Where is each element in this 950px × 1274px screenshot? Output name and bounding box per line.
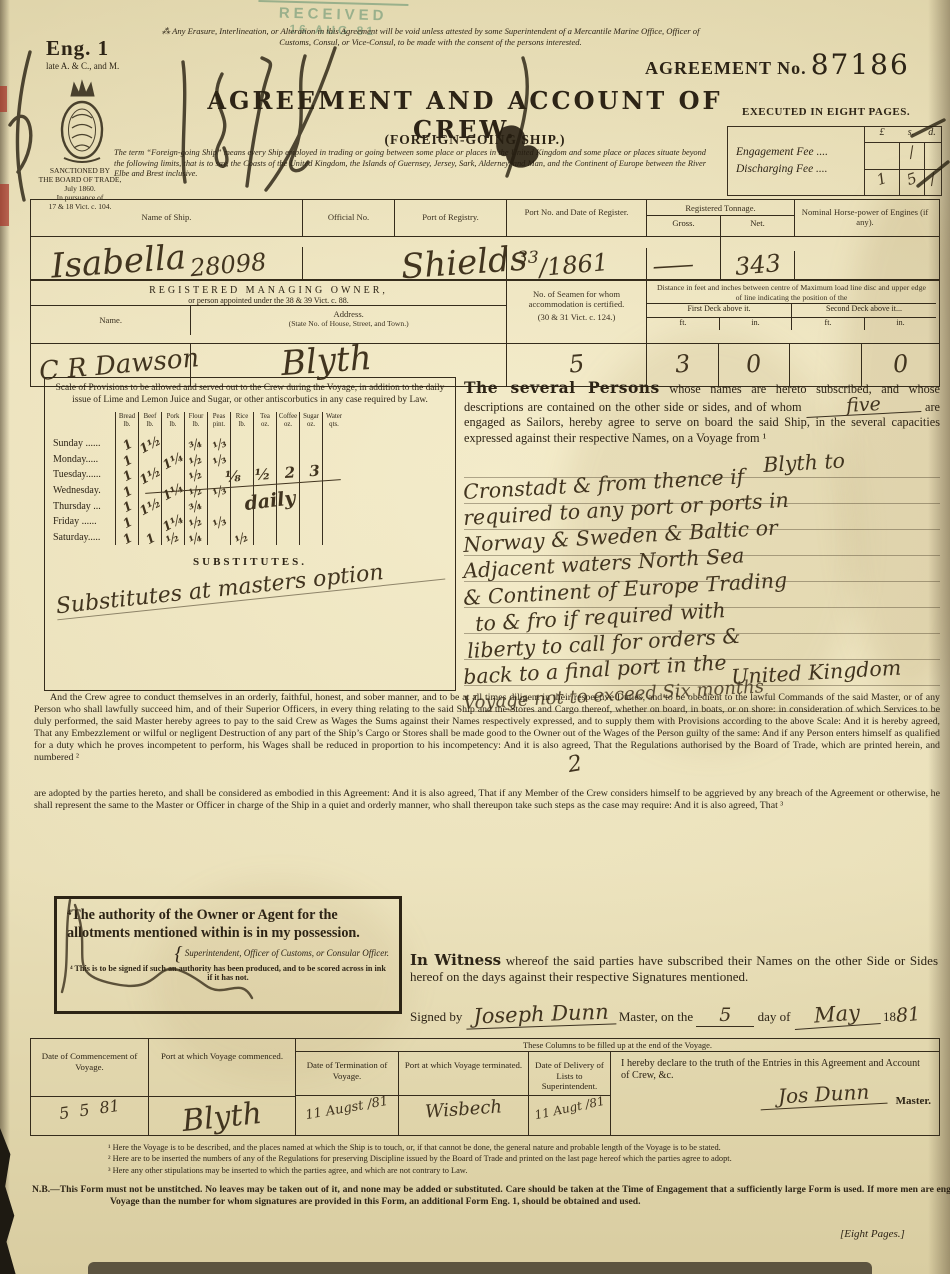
attestation-note: ⁂ Any Erasure, Interlineation, or Altera… — [148, 26, 713, 48]
discharging-fee-row: 1 5 / — [865, 169, 941, 196]
signed-day: 5 — [696, 1004, 754, 1027]
first-deck-header: First Deck above it. — [647, 304, 792, 317]
master-signature-final: Jos Dunn — [760, 1079, 888, 1111]
paper-edge-bottom — [88, 1262, 872, 1274]
authority-footnote: ⁴ This is to be signed if such an author… — [67, 964, 389, 983]
red-ink-mark — [0, 86, 7, 112]
col-rice: Ricelb. — [230, 412, 253, 436]
ship-values-row: Isabella 28098 Shields 33/1861 — 343 — [31, 237, 939, 281]
footnote-1: ¹ Here the Voyage is to be described, an… — [108, 1142, 940, 1153]
termination-value: 11 Augst /81 — [296, 1096, 398, 1117]
port-commenced-col: Port at which Voyage commenced. Blyth — [149, 1039, 296, 1135]
horsepower-value — [795, 261, 935, 279]
received-stamp-text: RECEIVED — [258, 0, 408, 25]
provisions-caption: Scale of Provisions to be allowed and se… — [45, 378, 455, 408]
agreement-number-block: AGREEMENT No. 87186 — [645, 48, 910, 81]
torn-corner — [0, 1128, 26, 1274]
termination-col: Date of Termination of Voyage. 11 Augst … — [296, 1052, 399, 1135]
port-no-date-header: Port No. and Date of Register. — [507, 200, 647, 236]
delivery-header: Date of Delivery of Lists to Superintend… — [529, 1052, 610, 1096]
commencement-col: Date of Commencement of Voyage. 5 5 81 — [31, 1039, 149, 1135]
form-code-note: late A. & C., and M. — [46, 61, 119, 71]
ship-details-table: Name of Ship. Official No. Port of Regis… — [30, 199, 940, 387]
adopted-paragraph: are adopted by the parties hereto, and s… — [34, 788, 940, 812]
declaration-col: I hereby declare to the truth of the Ent… — [611, 1052, 939, 1135]
col-flour: Flourlb. — [184, 412, 207, 436]
declaration-text: I hereby declare to the truth of the Ent… — [611, 1052, 939, 1082]
engagement-fee-label: Engagement Fee .... — [736, 144, 860, 161]
scanned-crew-agreement-document: RECEIVED 16 AUG 81 Eng. 1 late A. & C., … — [0, 0, 950, 1274]
authority-box: ⁴The authority of the Owner or Agent for… — [54, 896, 402, 1014]
day-of-label: day of — [758, 1009, 791, 1024]
voyage-line: Blyth to — [763, 447, 846, 478]
signed-line: Signed by Joseph Dunn Master, on the 5 d… — [410, 1002, 940, 1027]
signed-by-label: Signed by — [410, 1009, 462, 1024]
pence-header: d. — [923, 127, 941, 142]
provisions-row-monday: Monday..... 11¼½⅓ — [53, 452, 447, 468]
agreement-number-label: AGREEMENT No. — [645, 58, 807, 78]
owner-name-header: Name. — [31, 306, 191, 335]
footnote-2: ² Here are to be inserted the numbers of… — [108, 1153, 940, 1164]
signed-month: May — [793, 999, 881, 1030]
col-beef: Beeflb. — [138, 412, 161, 436]
owner-header-row: REGISTERED MANAGING OWNER, or person app… — [31, 281, 939, 344]
fee-labels: Engagement Fee .... Discharging Fee .... — [728, 127, 865, 195]
col-bread: Breadlb. — [115, 412, 138, 436]
tonnage-header: Registered Tonnage. Gross. Net. — [647, 200, 795, 236]
discharging-fee-pounds: 1 — [875, 168, 890, 188]
port-of-registry-value: Shields — [395, 248, 507, 279]
crew-agreement-paragraph: And the Crew agree to conduct themselves… — [34, 692, 940, 763]
voyage-table-caption: These Columns to be filled up at the end… — [296, 1039, 939, 1052]
col-water: Waterqts. — [322, 412, 345, 436]
ft-label: ft. — [792, 318, 865, 330]
red-ink-mark — [0, 184, 9, 226]
year-prefix: 18 — [883, 1009, 896, 1024]
voyage-summary-table: Date of Commencement of Voyage. 5 5 81 P… — [30, 1038, 940, 1136]
voyage-description-handwriting: Blyth to Cronstadt & from thence if requ… — [464, 452, 940, 717]
port-terminated-header: Port at which Voyage terminated. — [399, 1052, 528, 1096]
discharging-fee-pence: / — [928, 169, 938, 188]
col-tea: Teaoz. — [253, 412, 276, 436]
commencement-header: Date of Commencement of Voyage. — [31, 1039, 148, 1097]
nb-note: N.B.—This Form must not be unstitched. N… — [32, 1184, 950, 1207]
board-of-trade-crest-icon — [52, 74, 112, 173]
crew-count-handwritten: five — [805, 395, 921, 417]
gross-tonnage-value: — — [647, 251, 721, 279]
form-code: Eng. 1 — [46, 36, 119, 61]
gross-header: Gross. — [647, 216, 721, 252]
net-header: Net. — [721, 216, 794, 252]
col-pork: Porklb. — [161, 412, 184, 436]
authority-officer-note: { Superintendent, Officer of Customs, or… — [67, 948, 389, 959]
page-subtitle: (FOREIGN-GOING SHIP.) — [330, 132, 620, 148]
port-terminated-value: Wisbech — [399, 1096, 528, 1120]
eight-pages-note: [Eight Pages.] — [840, 1228, 905, 1240]
owner-address-header: Address. (State No. of House, Street, an… — [191, 306, 506, 335]
port-commenced-header: Port at which Voyage commenced. — [149, 1039, 295, 1097]
discharging-fee-label: Discharging Fee .... — [736, 161, 860, 178]
executed-note: EXECUTED IN EIGHT PAGES. — [742, 106, 910, 118]
shillings-header: s. — [899, 127, 923, 142]
persons-section: The several Persons whose names are here… — [464, 380, 940, 717]
termination-header: Date of Termination of Voyage. — [296, 1052, 398, 1096]
engagement-fee-value: / — [907, 143, 917, 162]
port-of-registry-header: Port of Registry. — [395, 200, 507, 236]
provisions-table: Breadlb. Beeflb. Porklb. Flourlb. Peaspi… — [53, 412, 447, 548]
col-peas: Peaspint. — [207, 412, 230, 436]
port-commenced-value: Blyth — [149, 1097, 295, 1135]
sanction-line: July 1860. — [22, 184, 138, 193]
fee-currency-header: £ s. d. — [865, 127, 941, 143]
managing-owner-subtitle: or person appointed under the 38 & 39 Vi… — [31, 296, 506, 305]
provisions-row-sunday: Sunday ...... 11½¾⅓ — [53, 436, 447, 452]
persons-lead: The several Persons — [464, 378, 660, 397]
second-deck-header: Second Deck above it... — [792, 304, 936, 317]
in-label: in. — [865, 318, 936, 330]
delivery-col: Date of Delivery of Lists to Superintend… — [529, 1052, 611, 1135]
agreement-number: 87186 — [811, 48, 910, 81]
form-code-block: Eng. 1 late A. & C., and M. — [46, 36, 119, 71]
master-on-label: Master, on the — [619, 1009, 693, 1024]
net-tonnage-value: 343 — [721, 251, 795, 279]
discharging-fee-shillings: 5 — [905, 168, 920, 188]
provisions-row-saturday: Saturday..... 11½¼½ — [53, 530, 447, 546]
official-no-value: 28098 — [189, 248, 268, 283]
fee-box: Engagement Fee .... Discharging Fee ....… — [727, 126, 942, 196]
delivery-value: 11 Augt /81 — [529, 1096, 610, 1117]
footnote-3: ³ Here any other stipulations may be ins… — [108, 1165, 940, 1176]
provisions-row-friday: Friday ...... 11¼½⅓ — [53, 514, 447, 530]
authority-text: ⁴The authority of the Owner or Agent for… — [67, 906, 389, 942]
port-terminated-col: Port at which Voyage terminated. Wisbech — [399, 1052, 529, 1135]
commencement-value: 5 5 81 — [31, 1097, 148, 1120]
witness-lead: In Witness — [410, 951, 501, 969]
witness-paragraph: In Witness whereof the said parties have… — [410, 952, 938, 985]
col-coffee: Coffeeoz. — [276, 412, 299, 436]
ft-label: ft. — [647, 318, 720, 330]
ship-name-header: Name of Ship. — [31, 200, 303, 236]
seamen-header: No. of Seamen for whom accommodation is … — [507, 281, 647, 343]
load-line-distance-header: Distance in feet and inches between cent… — [647, 281, 936, 303]
master-signature: Joseph Dunn — [465, 999, 616, 1029]
engagement-fee-row: / — [865, 143, 941, 169]
provisions-scale-box: Scale of Provisions to be allowed and se… — [44, 377, 456, 691]
in-label: in. — [720, 318, 792, 330]
pounds-header: £ — [865, 127, 899, 142]
footnotes: ¹ Here the Voyage is to be described, an… — [108, 1142, 940, 1176]
official-no-header: Official No. — [303, 200, 395, 236]
col-sugar: Sugaroz. — [299, 412, 322, 436]
signed-year: 81 — [895, 1003, 921, 1027]
foreign-going-definition: The term “Foreign-going Ship” means ever… — [114, 148, 706, 180]
ship-header-row: Name of Ship. Official No. Port of Regis… — [31, 200, 939, 237]
ship-name-value: Isabella 28098 — [31, 247, 303, 279]
horsepower-header: Nominal Horse-power of Engines (if any). — [795, 200, 935, 236]
master-label: Master. — [896, 1095, 931, 1107]
